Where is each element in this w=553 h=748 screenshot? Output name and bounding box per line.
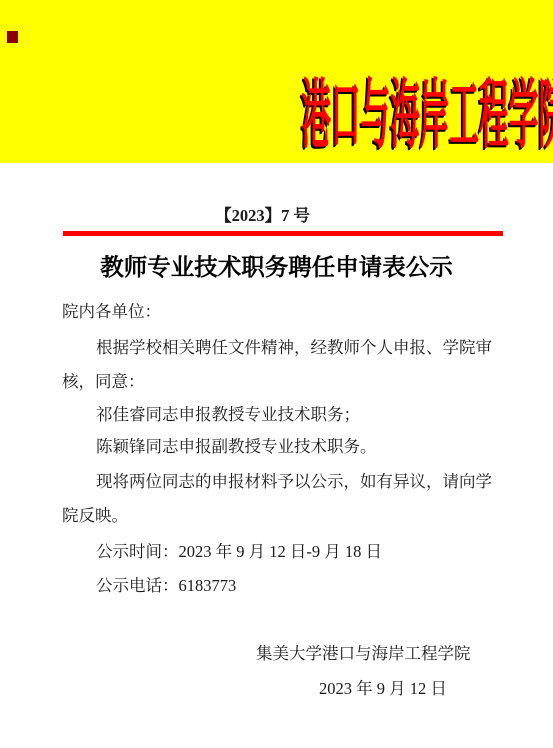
body-line-publicity-phone: 公示电话：6183773	[96, 575, 236, 596]
body-line-applicant-1: 祁佳睿同志申报教授专业技术职务；	[96, 404, 360, 425]
body-line: 根据学校相关聘任文件精神，经教师个人申报、学院审	[96, 337, 492, 358]
body-line-salutation: 院内各单位：	[62, 301, 161, 322]
signature-org: 集美大学港口与海岸工程学院	[256, 643, 471, 664]
body-line-applicant-2: 陈颖锋同志申报副教授专业技术职务。	[96, 436, 377, 457]
document-page: 港口与海岸工程学院公示文件 【2023】7 号 教师专业技术职务聘任申请表公示 …	[0, 0, 553, 748]
banner: 港口与海岸工程学院公示文件	[0, 0, 553, 163]
corner-square	[7, 31, 18, 43]
signature-date: 2023 年 9 月 12 日	[319, 678, 447, 699]
banner-title: 港口与海岸工程学院公示文件	[301, 78, 553, 154]
banner-title-row: 港口与海岸工程学院公示文件	[0, 78, 553, 154]
body-line: 现将两位同志的申报材料予以公示，如有异议，请向学	[96, 471, 492, 492]
red-rule	[63, 231, 503, 236]
body-line-publicity-time: 公示时间：2023 年 9 月 12 日-9 月 18 日	[96, 541, 382, 562]
doc-number: 【2023】7 号	[0, 206, 539, 226]
body-line: 核，同意：	[62, 371, 145, 392]
body-line: 院反映。	[62, 505, 128, 526]
doc-title: 教师专业技术职务聘任申请表公示	[0, 252, 553, 282]
